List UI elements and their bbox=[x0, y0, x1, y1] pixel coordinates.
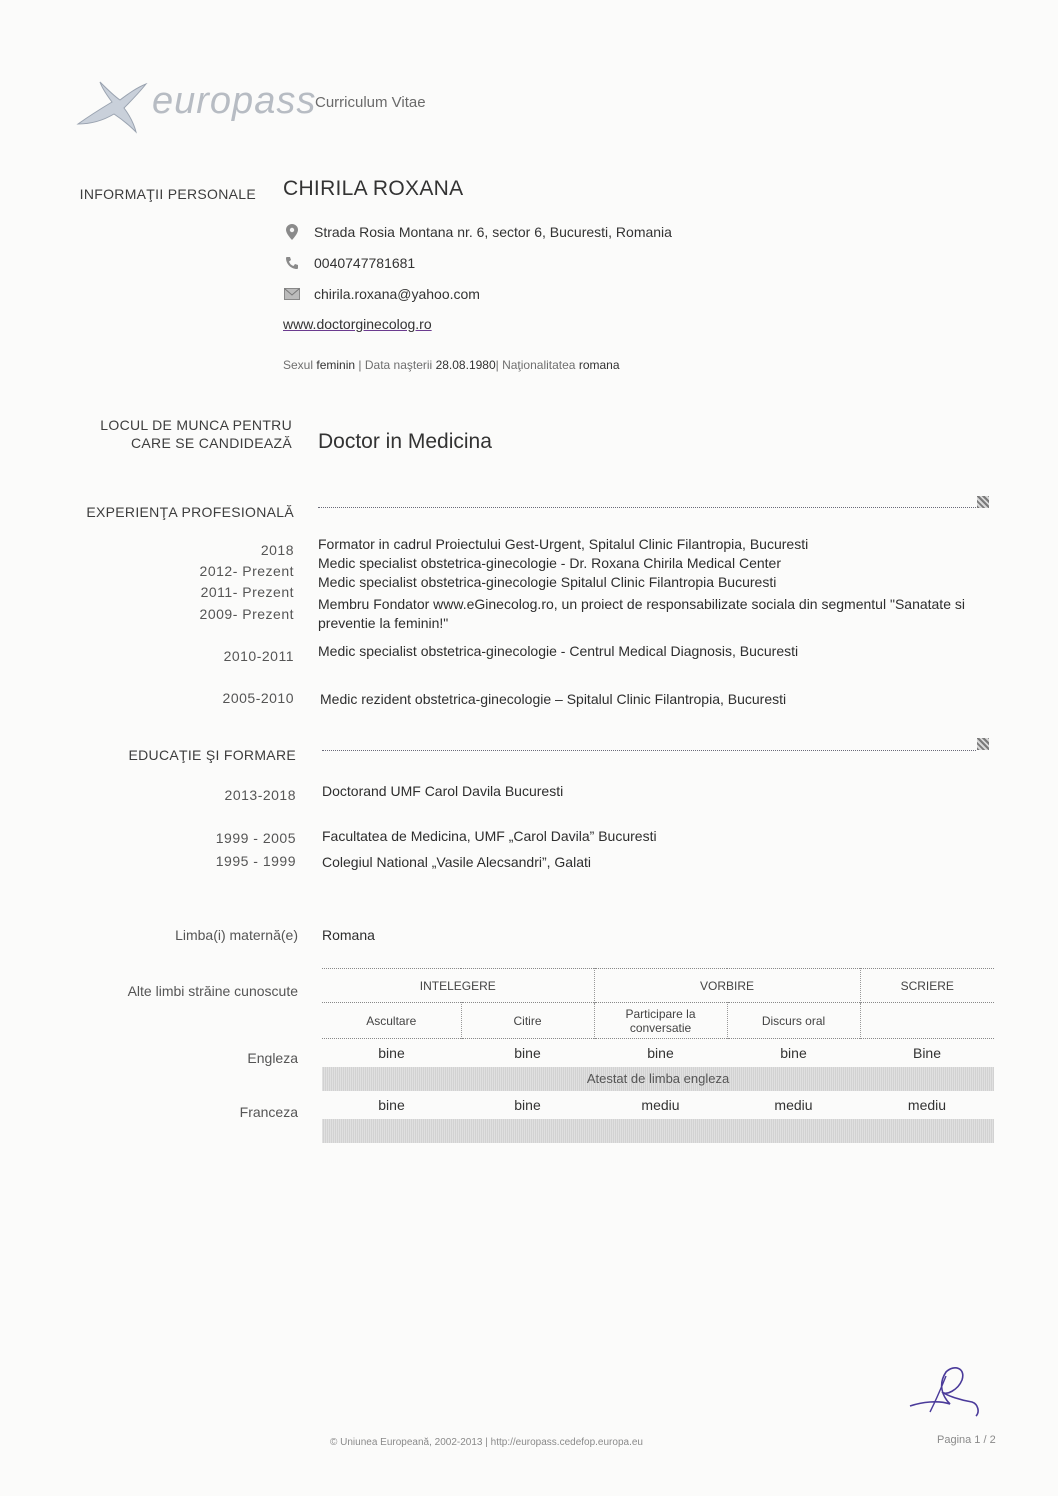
english-interaction: bine bbox=[594, 1039, 727, 1067]
french-listening: bine bbox=[322, 1091, 461, 1119]
edu-text-0: Doctorand UMF Carol Davila Bucuresti bbox=[322, 782, 1002, 801]
edu-text-1: Facultatea de Medicina, UMF „Carol Davil… bbox=[322, 827, 1002, 846]
french-certificate bbox=[322, 1119, 994, 1143]
experience-section-label: EXPERIENŢA PROFESIONALĂ bbox=[60, 504, 294, 520]
position-value: Doctor in Medicina bbox=[318, 430, 492, 454]
sex-label: Sexul bbox=[283, 358, 313, 372]
language-name-english: Engleza bbox=[160, 1050, 298, 1066]
europass-logo: europass bbox=[72, 70, 302, 130]
edu-text-2: Colegiul National „Vasile Alecsandri”, G… bbox=[322, 853, 1002, 872]
education-divider bbox=[322, 750, 976, 752]
candidate-name: CHIRILA ROXANA bbox=[283, 177, 463, 201]
nationality-value: romana bbox=[579, 358, 620, 372]
address-text: Strada Rosia Montana nr. 6, sector 6, Bu… bbox=[314, 224, 672, 240]
email-text[interactable]: chirila.roxana@yahoo.com bbox=[314, 286, 480, 302]
exp-text-0: Formator in cadrul Proiectului Gest-Urge… bbox=[318, 535, 998, 554]
mother-tongue-label: Limba(i) maternă(e) bbox=[80, 927, 298, 943]
email-icon bbox=[283, 285, 300, 302]
phone-icon bbox=[283, 254, 300, 271]
page-number: Pagina 1 / 2 bbox=[937, 1434, 996, 1446]
exp-date-4: 2010-2011 bbox=[184, 648, 294, 664]
english-production: bine bbox=[727, 1039, 860, 1067]
header-reading: Citire bbox=[461, 1003, 594, 1039]
language-skills-table: INTELEGERE VORBIRE SCRIERE Ascultare Cit… bbox=[322, 968, 994, 1143]
mother-tongue-value: Romana bbox=[322, 926, 522, 945]
section-marker-icon bbox=[977, 496, 989, 508]
header-interaction: Participare la conversatie bbox=[594, 1003, 727, 1039]
french-levels-row: bine bine mediu mediu mediu bbox=[322, 1091, 994, 1119]
education-section-label: EDUCAŢIE ŞI FORMARE bbox=[60, 747, 296, 763]
signature bbox=[902, 1362, 992, 1427]
english-reading: bine bbox=[461, 1039, 594, 1067]
exp-text-1: Medic specialist obstetrica-ginecologie … bbox=[318, 554, 998, 573]
english-levels-row: bine bine bine bine Bine bbox=[322, 1039, 994, 1067]
header-understanding: INTELEGERE bbox=[322, 969, 594, 1003]
personal-info-label: INFORMAŢII PERSONALE bbox=[60, 186, 256, 202]
contact-address: Strada Rosia Montana nr. 6, sector 6, Bu… bbox=[283, 223, 672, 240]
exp-date-2: 2011- Prezent bbox=[184, 584, 294, 600]
exp-date-1: 2012- Prezent bbox=[184, 563, 294, 579]
section-marker-icon bbox=[977, 738, 989, 750]
footer-copyright: © Uniunea Europeană, 2002-2013 | http://… bbox=[330, 1437, 643, 1448]
location-pin-icon bbox=[283, 223, 300, 240]
europass-star-icon bbox=[72, 78, 152, 134]
birth-value: 28.08.1980 bbox=[436, 358, 496, 372]
experience-divider bbox=[318, 507, 976, 509]
contact-phone: 0040747781681 bbox=[283, 254, 415, 271]
french-production: mediu bbox=[727, 1091, 860, 1119]
personal-details: Sexul feminin | Data naşterii 28.08.1980… bbox=[283, 358, 620, 372]
phone-text[interactable]: 0040747781681 bbox=[314, 255, 415, 271]
edu-date-1: 1999 - 2005 bbox=[186, 830, 296, 846]
position-label-line2: CARE SE CANDIDEAZĂ bbox=[60, 434, 292, 452]
exp-date-0: 2018 bbox=[184, 542, 294, 558]
contact-email: chirila.roxana@yahoo.com bbox=[283, 285, 480, 302]
exp-text-4: Medic specialist obstetrica-ginecologie … bbox=[318, 642, 998, 661]
exp-text-3: Membru Fondator www.eGinecolog.ro, un pr… bbox=[318, 595, 998, 633]
english-writing: Bine bbox=[860, 1039, 994, 1067]
website-link[interactable]: www.doctorginecolog.ro bbox=[283, 316, 432, 332]
exp-date-3: 2009- Prezent bbox=[184, 606, 294, 622]
edu-date-0: 2013-2018 bbox=[186, 787, 296, 803]
exp-date-5: 2005-2010 bbox=[184, 690, 294, 706]
logo-text: europass bbox=[152, 80, 316, 123]
document-type: Curriculum Vitae bbox=[315, 94, 426, 111]
exp-text-2: Medic specialist obstetrica-ginecologie … bbox=[318, 573, 998, 592]
language-name-french: Franceza bbox=[160, 1104, 298, 1120]
french-reading: bine bbox=[461, 1091, 594, 1119]
birth-label: Data naşterii bbox=[365, 358, 432, 372]
other-languages-label: Alte limbi străine cunoscute bbox=[60, 983, 298, 999]
position-label: LOCUL DE MUNCA PENTRU CARE SE CANDIDEAZĂ bbox=[60, 416, 292, 452]
english-certificate: Atestat de limba engleza bbox=[322, 1067, 994, 1091]
french-interaction: mediu bbox=[594, 1091, 727, 1119]
english-listening: bine bbox=[322, 1039, 461, 1067]
header-listening: Ascultare bbox=[322, 1003, 461, 1039]
edu-date-2: 1995 - 1999 bbox=[186, 853, 296, 869]
sex-value: feminin bbox=[316, 358, 355, 372]
nationality-label: Naţionalitatea bbox=[502, 358, 575, 372]
header-writing-empty bbox=[860, 1003, 994, 1039]
position-label-line1: LOCUL DE MUNCA PENTRU bbox=[60, 416, 292, 434]
header-writing: SCRIERE bbox=[860, 969, 994, 1003]
header-production: Discurs oral bbox=[727, 1003, 860, 1039]
french-writing: mediu bbox=[860, 1091, 994, 1119]
exp-text-5: Medic rezident obstetrica-ginecologie – … bbox=[320, 690, 1000, 709]
header-speaking: VORBIRE bbox=[594, 969, 860, 1003]
